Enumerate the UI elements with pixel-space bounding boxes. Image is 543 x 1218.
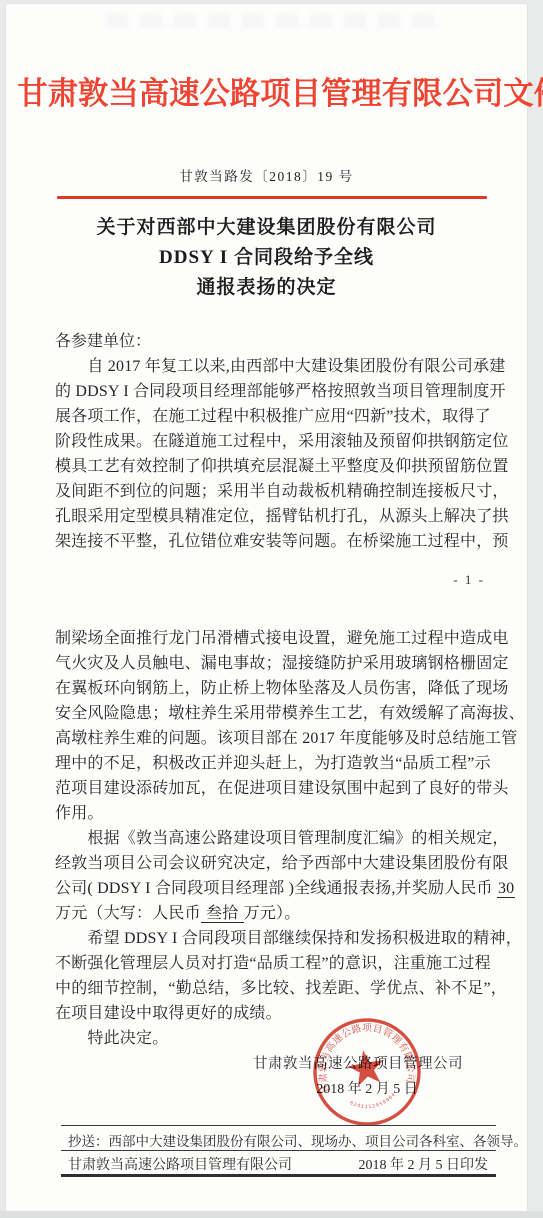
document-page: 甘肃敦当高速公路项目管理有限公司文件 甘敦当路发〔2018〕19 号 关于对西部… bbox=[6, 4, 527, 1211]
document-title: 关于对西部中大建设集团股份有限公司 DDSY I 合同段给予全线 通报表扬的决定 bbox=[6, 213, 527, 303]
footer-divider-middle bbox=[61, 1150, 496, 1151]
scan-bleedthrough-smudge bbox=[106, 14, 446, 60]
document-title-line3: 通报表扬的决定 bbox=[6, 273, 527, 303]
document-title-line1: 关于对西部中大建设集团股份有限公司 bbox=[6, 213, 527, 243]
seal-star-icon bbox=[345, 1047, 387, 1087]
body-line: 安全风险隐患；墩柱养生采用带模养生工艺，有效缓解了高海拔、 bbox=[55, 701, 491, 726]
body-line: 展各项工作，在施工过程中积极推广应用“四新”技术，取得了 bbox=[55, 404, 491, 429]
footer-divider-top bbox=[61, 1125, 496, 1126]
footer-issuer-row: 甘肃敦当高速公路项目管理有限公司 2018 年 2 月 5 日印发 bbox=[68, 1154, 488, 1174]
body-line: 自 2017 年复工以来,由西部中大建设集团股份有限公司承建 bbox=[55, 354, 491, 379]
closing-statement: 特此决定。 bbox=[55, 1026, 491, 1051]
award-line-text: 公司( DDSY I 合同段项目经理部 )全线通报表扬,并奖励人民币 bbox=[55, 880, 497, 897]
award-amount-number: 30 bbox=[497, 880, 515, 898]
scan-bottom-edge bbox=[0, 1211, 543, 1218]
official-red-seal: 甘肃敦当高速公路项目管理有限公司 6201112959864 bbox=[310, 1015, 424, 1129]
body-line: 架连接不平整，孔位错位难安装等问题。在桥梁施工过程中，预 bbox=[55, 529, 491, 554]
body-line: 制梁场全面推行龙门吊滑槽式接电设置，避免施工过程中造成电 bbox=[55, 626, 491, 651]
cc-distribution-line: 抄送：西部中大建设集团股份有限公司、现场办、项目公司各科室、各领导。 bbox=[68, 1130, 496, 1150]
body-paragraphs-page1: 自 2017 年复工以来,由西部中大建设集团股份有限公司承建的 DDSY I 合… bbox=[55, 354, 491, 554]
salutation: 各参建单位： bbox=[55, 328, 151, 351]
body-line: 及间距不到位的问题；采用半自动裁板机精确控制连接板尺寸， bbox=[55, 479, 491, 504]
caps-line-pre: 万元（大写：人民币 bbox=[55, 905, 201, 922]
red-divider-rule bbox=[57, 196, 487, 199]
award-amount-line: 公司( DDSY I 合同段项目经理部 )全线通报表扬,并奖励人民币 30 bbox=[55, 876, 491, 901]
body-line: 的 DDSY I 合同段项目经理部能够严格按照敦当项目管理制度开 bbox=[55, 379, 491, 404]
body-line: 希望 DDSY I 合同段项目部继续保持和发扬积极进取的精神， bbox=[55, 926, 491, 951]
body-line: 作用。 bbox=[55, 801, 491, 826]
document-title-line2: DDSY I 合同段给予全线 bbox=[6, 243, 527, 273]
body-line: 气火灾及人员触电、漏电事故；湿接缝防护采用玻璃钢格栅固定 bbox=[55, 651, 491, 676]
body-line: 不断强化管理层人员对打造“品质工程”的意识，注重施工过程 bbox=[55, 951, 491, 976]
amount-in-words: 叁拾 bbox=[201, 905, 244, 923]
body-line: 理中的不足，积极改正并迎头赶上，为打造敦当“品质工程”示 bbox=[55, 751, 491, 776]
body-line: 阶段性成果。在隧道施工过程中，采用滚轴及预留仰拱钢筋定位 bbox=[55, 429, 491, 454]
body-line: 在翼板环向钢筋上，防止桥上物体坠落及人员伤害，降低了现场 bbox=[55, 676, 491, 701]
body-lines-b: 希望 DDSY I 合同段项目部继续保持和发扬积极进取的精神，不断强化管理层人员… bbox=[55, 926, 491, 1026]
body-line: 高墩柱养生难的问题。该项目部在 2017 年度能够及时总结施工管 bbox=[55, 726, 491, 751]
amount-in-words-line: 万元（大写：人民币 叁拾 万元）。 bbox=[55, 901, 491, 926]
footer-divider-bottom bbox=[61, 1174, 496, 1177]
body-line: 模具工艺有效控制了仰拱填充层混凝土平整度及仰拱预留筋位置 bbox=[55, 454, 491, 479]
body-lines-a: 制梁场全面推行龙门吊滑槽式接电设置，避免施工过程中造成电气火灾及人员触电、漏电事… bbox=[55, 626, 491, 876]
caps-line-post: 万元）。 bbox=[244, 905, 301, 922]
body-paragraphs-page2: 制梁场全面推行龙门吊滑槽式接电设置，避免施工过程中造成电气火灾及人员触电、漏电事… bbox=[55, 626, 491, 1051]
body-line: 范项目建设添砖加瓦，在促进项目建设氛围中起到了良好的带头 bbox=[55, 776, 491, 801]
body-line: 在项目建设中取得更好的成绩。 bbox=[55, 1001, 491, 1026]
document-number: 甘敦当路发〔2018〕19 号 bbox=[6, 165, 527, 185]
seal-code: 6201112959864 bbox=[348, 1091, 399, 1114]
footer-issuer-name: 甘肃敦当高速公路项目管理有限公司 bbox=[68, 1154, 292, 1174]
body-line: 根据《敦当高速公路建设项目管理制度汇编》的相关规定， bbox=[55, 826, 491, 851]
body-line: 经敦当项目公司会议研究决定，给予西部中大建设集团股份有限 bbox=[55, 851, 491, 876]
footer-print-date: 2018 年 2 月 5 日印发 bbox=[359, 1154, 489, 1174]
body-line: 中的细节控制，“勤总结，多比较、找差距、学优点、补不足”， bbox=[55, 976, 491, 1001]
scanned-document-view: 甘肃敦当高速公路项目管理有限公司文件 甘敦当路发〔2018〕19 号 关于对西部… bbox=[0, 0, 543, 1218]
body-line: 孔眼采用定型模具精准定位，摇臂钻机打孔，从源头上解决了拱 bbox=[55, 504, 491, 529]
red-letterhead-title: 甘肃敦当高速公路项目管理有限公司文件 bbox=[17, 68, 528, 113]
page-number: - 1 - bbox=[453, 572, 485, 588]
